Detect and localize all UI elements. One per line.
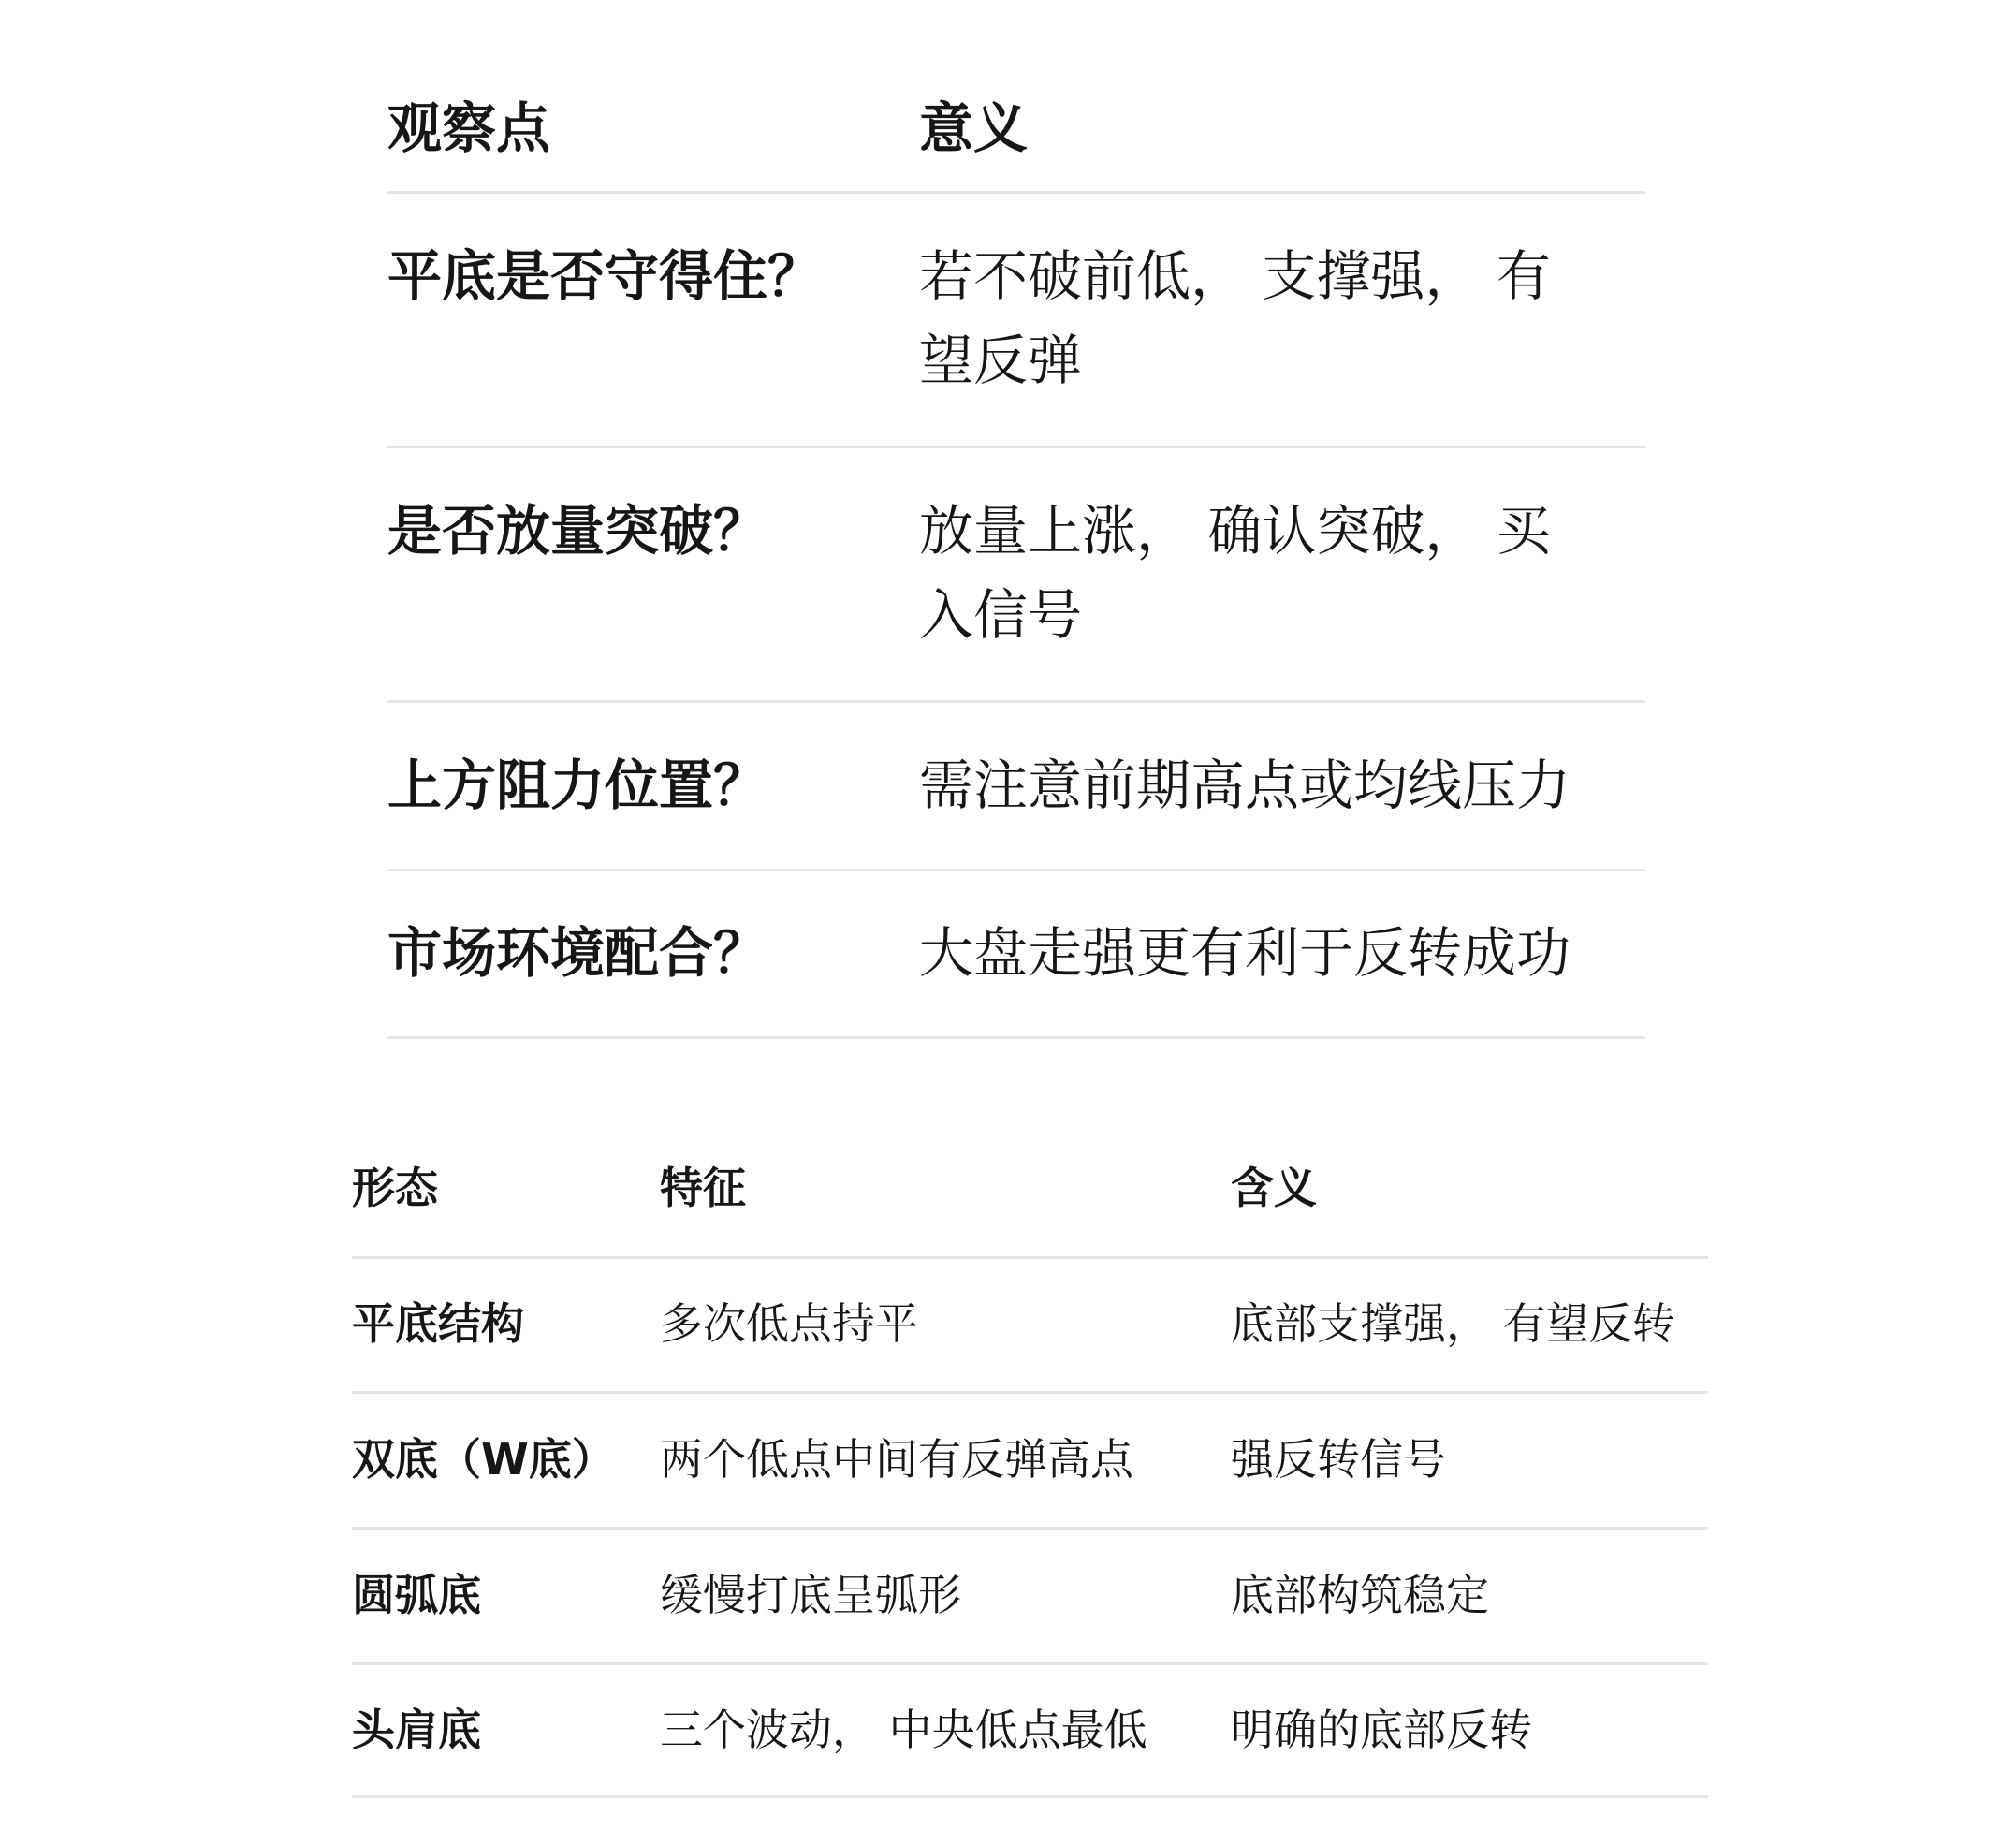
row-divider	[352, 1527, 1708, 1530]
row-divider	[352, 1662, 1708, 1665]
row-4-meaning: 明确的底部反转	[1231, 1702, 1532, 1758]
header-observation-point: 观察点	[387, 86, 550, 170]
row-2-feature: 两个低点中间有反弹高点	[660, 1431, 1133, 1487]
row-3-point: 上方阻力位置？	[387, 743, 767, 827]
header-feature: 特征	[660, 1160, 746, 1216]
row-2-pattern: 双底（W底）	[352, 1431, 615, 1487]
row-divider	[352, 1391, 1708, 1394]
row-2-meaning: 强反转信号	[1231, 1431, 1446, 1487]
row-1-meaning: 若不破前低， 支撑强， 有望反弹	[919, 234, 1565, 403]
row-4-point: 市场环境配合？	[387, 911, 767, 995]
row-2-meaning: 放量上涨， 确认突破， 买入信号	[919, 489, 1565, 657]
row-4-feature: 三个波动， 中央低点最低	[660, 1702, 1147, 1758]
row-divider	[387, 869, 1645, 871]
row-divider	[387, 1036, 1645, 1039]
row-3-feature: 缓慢打底呈弧形	[660, 1567, 961, 1623]
header-pattern: 形态	[352, 1160, 438, 1216]
row-3-pattern: 圆弧底	[352, 1567, 481, 1623]
row-4-pattern: 头肩底	[352, 1702, 481, 1758]
row-4-meaning: 大盘走强更有利于反转成功	[919, 911, 1570, 995]
row-3-meaning: 需注意前期高点或均线压力	[919, 743, 1570, 827]
row-1-pattern: 平底结构	[352, 1296, 524, 1352]
header-divider	[387, 191, 1645, 194]
header-meaning: 意义	[919, 86, 1028, 170]
row-divider	[387, 446, 1645, 448]
row-divider	[387, 700, 1645, 703]
row-3-meaning: 底部构筑稳定	[1231, 1567, 1489, 1623]
header-divider	[352, 1256, 1708, 1259]
row-1-point: 平底是否守得住？	[387, 234, 822, 318]
row-1-feature: 多次低点持平	[660, 1296, 918, 1352]
header-meaning: 含义	[1231, 1160, 1317, 1216]
row-divider	[352, 1795, 1708, 1798]
row-2-point: 是否放量突破？	[387, 489, 767, 573]
row-1-meaning: 底部支撑强， 有望反转	[1231, 1296, 1675, 1352]
